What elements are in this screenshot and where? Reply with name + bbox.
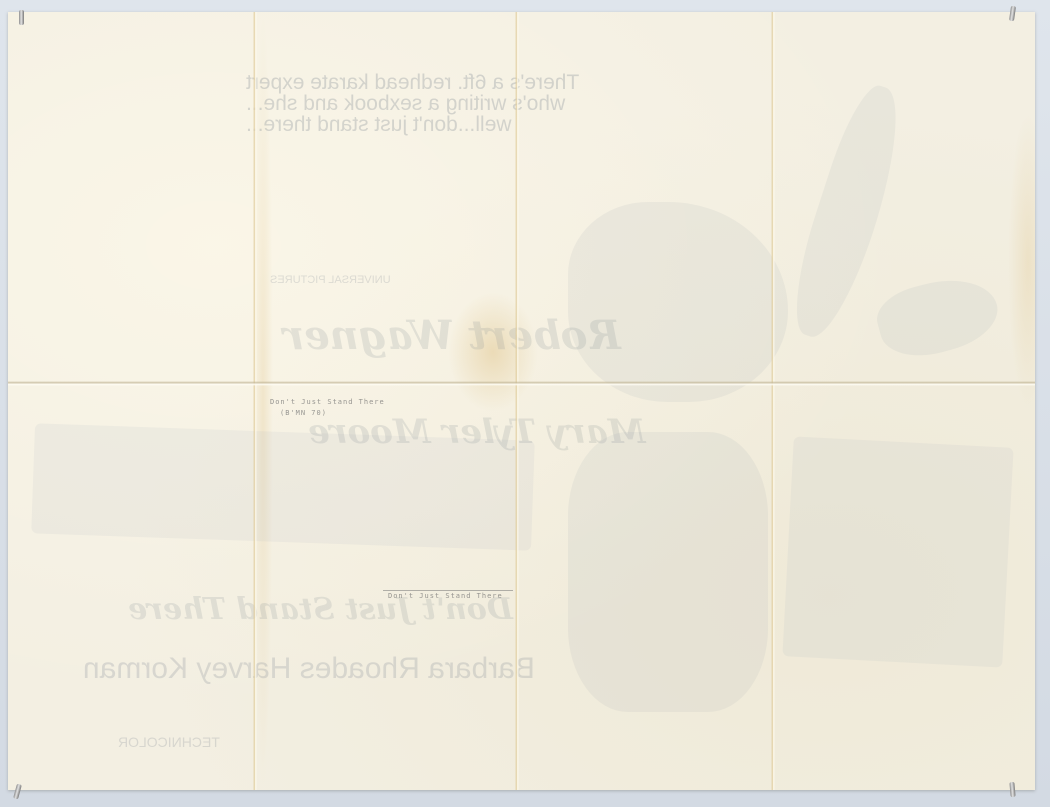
poster-sheet: There's a 6ft. redhead karate expert who… bbox=[8, 12, 1035, 790]
fold-line-vertical-2 bbox=[515, 12, 519, 790]
bleed-tagline: There's a 6ft. redhead karate expert who… bbox=[246, 72, 716, 135]
bleed-credits: TECHNICOLOR bbox=[118, 734, 220, 750]
ghost-box-right bbox=[782, 436, 1013, 667]
bleed-studio: UNIVERSAL PICTURES bbox=[270, 274, 391, 286]
bleed-tagline-line-2: who's writing a sexbook and she... bbox=[246, 93, 716, 114]
pencil-note-bottom: Don't Just Stand There bbox=[388, 592, 503, 600]
fold-line-vertical-1 bbox=[253, 12, 257, 790]
ghost-figure-arm bbox=[871, 268, 1005, 367]
bleed-tagline-line-1: There's a 6ft. redhead karate expert bbox=[246, 72, 716, 93]
bleed-cast: Barbara Rhoades Harvey Korman bbox=[83, 652, 535, 686]
pencil-note-top-line-2: (B'MN 70) bbox=[280, 409, 385, 417]
fold-line-horizontal bbox=[8, 381, 1035, 386]
pencil-note-top-line-1: Don't Just Stand There bbox=[270, 398, 385, 406]
ghost-figure-body bbox=[568, 202, 788, 402]
pencil-note-top: Don't Just Stand There (B'MN 70) bbox=[270, 398, 385, 417]
ghost-figure-lower bbox=[568, 432, 768, 712]
pin-top-left bbox=[19, 10, 24, 25]
pencil-underline bbox=[383, 590, 513, 591]
stain-right-edge bbox=[1008, 112, 1035, 412]
bleed-title-line-1: Robert Wagner bbox=[283, 312, 621, 359]
bleed-tagline-line-3: well...don't just stand there... bbox=[246, 114, 716, 135]
fold-line-vertical-3 bbox=[771, 12, 775, 790]
bleed-title-line-2: Mary Tyler Moore bbox=[308, 412, 645, 452]
